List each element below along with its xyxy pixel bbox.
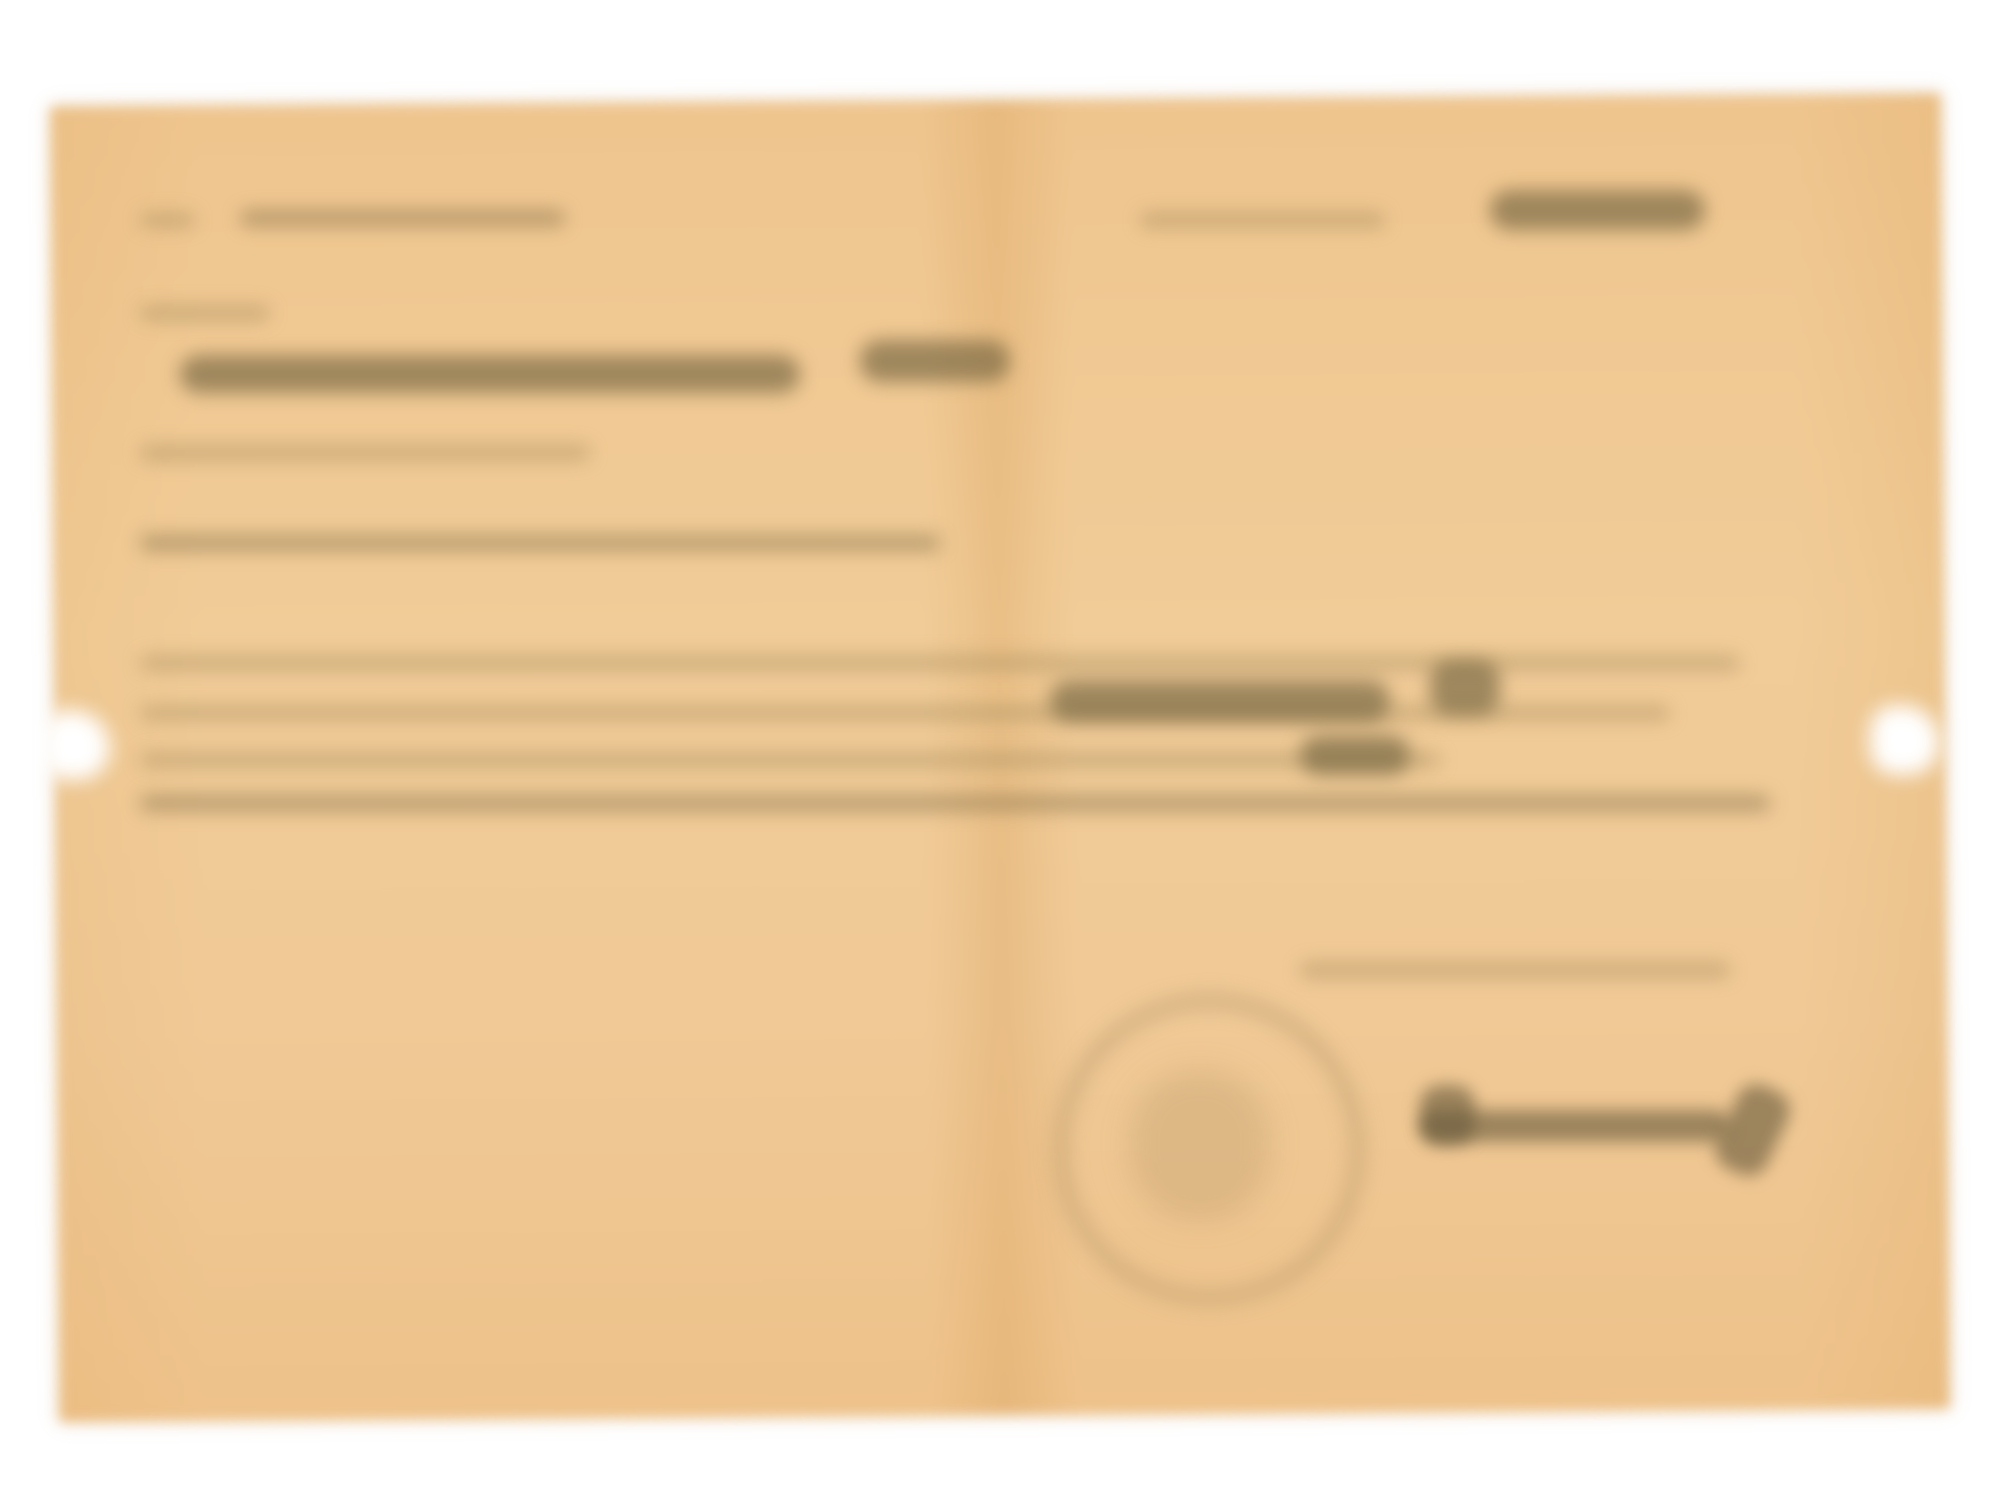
signature-stroke-body (1420, 1110, 1730, 1142)
body-line-3 (140, 752, 1440, 768)
office-line (1300, 962, 1730, 978)
body-line-4 (140, 795, 1770, 811)
handwritten-name (180, 355, 800, 393)
address-line-3 (140, 535, 940, 551)
stamp-emblem (1130, 1070, 1270, 1220)
body-line-1 (140, 655, 1740, 671)
sender-prefix (140, 212, 195, 228)
handwritten-suffix (860, 340, 1010, 382)
document-canvas: round official seal (illegible) (0, 0, 2000, 1500)
handwritten-date (1490, 190, 1705, 230)
address-line-1 (140, 305, 270, 321)
sender-line (240, 210, 565, 226)
handwritten-fill-in-3 (1300, 735, 1410, 775)
handwritten-fill-in-1 (1050, 680, 1390, 722)
address-line-2 (140, 445, 590, 461)
place-date-line (1140, 212, 1385, 228)
handwritten-fill-in-2 (1430, 660, 1500, 715)
